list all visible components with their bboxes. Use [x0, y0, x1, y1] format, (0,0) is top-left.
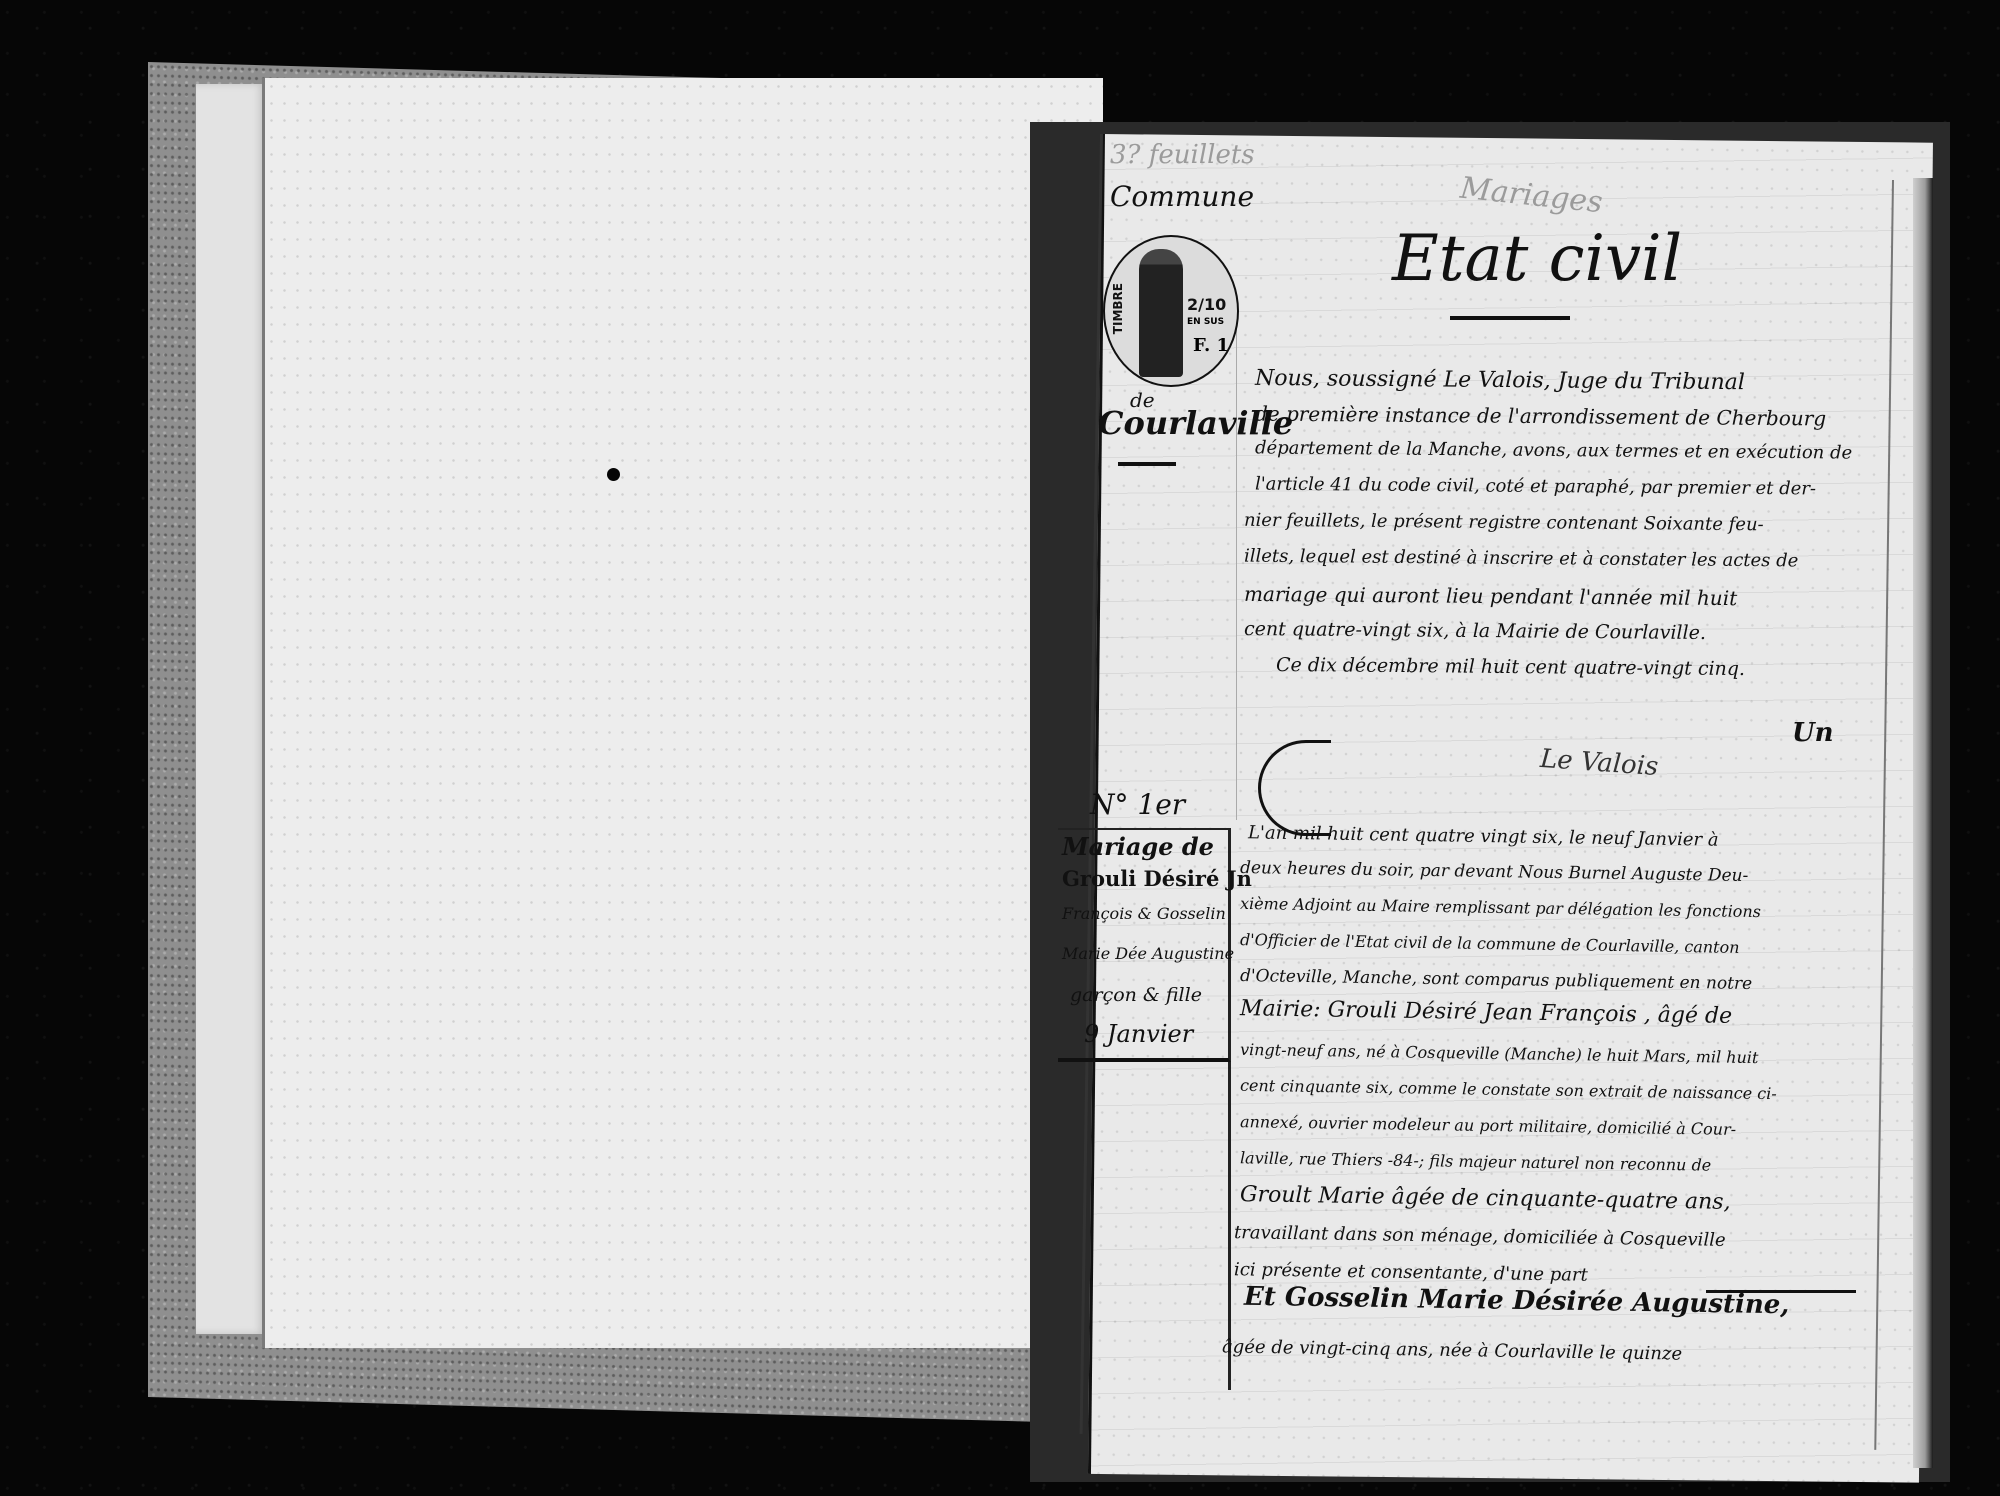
part-separator: [1706, 1290, 1856, 1293]
margin-line: Mariage de: [1062, 832, 1214, 861]
left-page-fold: [196, 84, 270, 1334]
left-page-blank: [262, 78, 1103, 1348]
stamp-price: 2/10: [1187, 297, 1226, 313]
preamble-line: cent quatre-vingt six, à la Mairie de Co…: [1244, 618, 1706, 644]
stamp-price-suffix: EN SUS: [1187, 317, 1224, 327]
margin-line: Marie Dée Augustine: [1062, 944, 1234, 963]
act-number: N° 1er: [1090, 788, 1185, 821]
title-underline: [1450, 316, 1570, 320]
stamp-value: F. 1.: [1193, 337, 1235, 355]
act-count-word: Un: [1792, 718, 1834, 748]
tax-stamp: TIMBRE 2/10 EN SUS F. 1.: [1103, 235, 1239, 387]
stamp-label: TIMBRE: [1111, 283, 1125, 334]
justice-figure-icon: [1139, 249, 1183, 377]
margin-rule-faint: [1236, 300, 1237, 820]
preamble-line: de première instance de l'arrondissement…: [1255, 402, 1826, 431]
pencil-annotation-feuillets: 3? feuillets: [1110, 140, 1255, 170]
preamble-line: Ce dix décembre mil huit cent quatre-vin…: [1276, 654, 1745, 680]
margin-line: 9 Janvier: [1084, 1020, 1193, 1048]
register-title: Etat civil: [1392, 222, 1682, 296]
page-edges: [1913, 178, 1933, 1468]
margin-line: garçon & fille: [1070, 984, 1202, 1006]
margin-line: Grouli Désiré Jn: [1062, 866, 1252, 891]
commune-label: Commune: [1110, 180, 1254, 213]
ink-spot: [607, 468, 620, 481]
commune-underline: [1118, 462, 1176, 466]
margin-line: François & Gosselin: [1062, 904, 1226, 923]
preamble-line: Nous, soussigné Le Valois, Juge du Tribu…: [1255, 366, 1745, 395]
preamble-line: mariage qui auront lieu pendant l'année …: [1244, 582, 1737, 610]
